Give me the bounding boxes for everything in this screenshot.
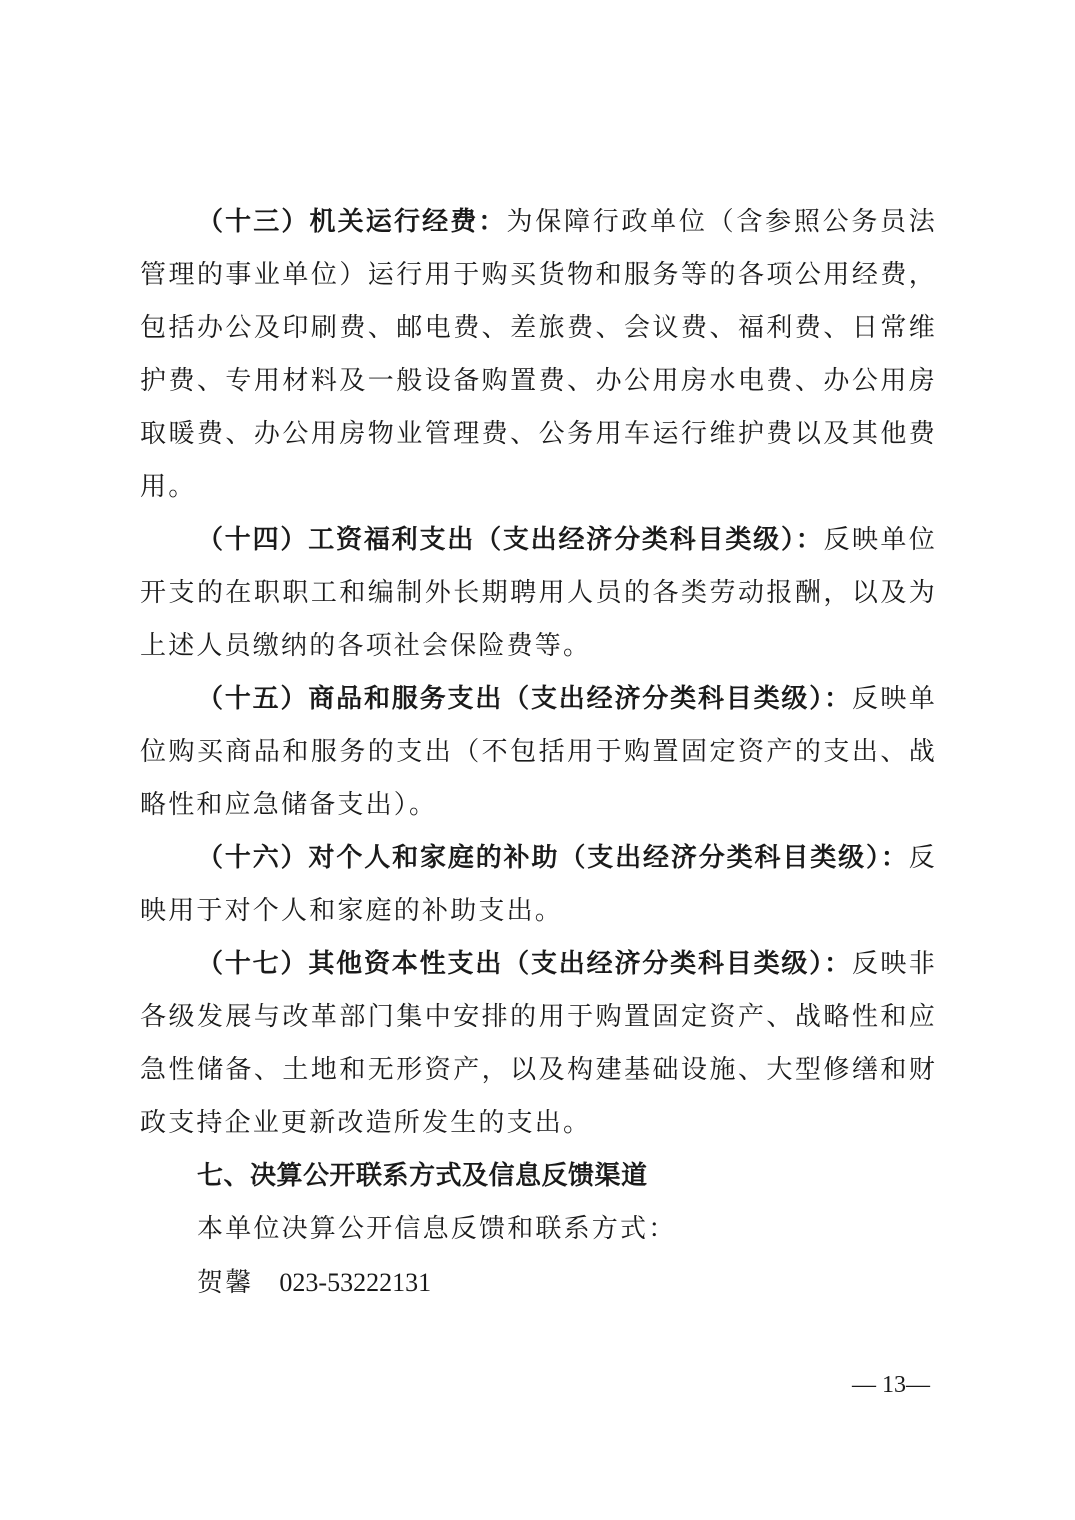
page-number: — 13— bbox=[852, 1372, 930, 1399]
contact-name: 贺馨 bbox=[197, 1268, 253, 1298]
term-label: （十三）机关运行经费： bbox=[197, 207, 507, 237]
paragraph-17: （十七）其他资本性支出（支出经济分类科目类级）：反映非各级发展与改革部门集中安排… bbox=[140, 938, 937, 1150]
paragraph-14: （十四）工资福利支出（支出经济分类科目类级）：反映单位开支的在职职工和编制外长期… bbox=[140, 514, 937, 673]
contact-line: 贺馨023-53222131 bbox=[140, 1256, 937, 1310]
paragraph-15: （十五）商品和服务支出（支出经济分类科目类级）：反映单位购买商品和服务的支出（不… bbox=[140, 673, 937, 832]
term-definition: 为保障行政单位（含参照公务员法管理的事业单位）运行用于购买货物和服务等的各项公用… bbox=[140, 207, 937, 502]
term-label: （十七）其他资本性支出（支出经济分类科目类级）： bbox=[197, 949, 852, 979]
paragraph-16: （十六）对个人和家庭的补助（支出经济分类科目类级）：反映用于对个人和家庭的补助支… bbox=[140, 832, 937, 938]
term-label: （十六）对个人和家庭的补助（支出经济分类科目类级）： bbox=[197, 843, 909, 873]
contact-intro: 本单位决算公开信息反馈和联系方式： bbox=[140, 1203, 937, 1256]
term-label: （十五）商品和服务支出（支出经济分类科目类级）： bbox=[197, 684, 852, 714]
document-page: （十三）机关运行经费：为保障行政单位（含参照公务员法管理的事业单位）运行用于购买… bbox=[140, 196, 937, 1310]
paragraph-13: （十三）机关运行经费：为保障行政单位（含参照公务员法管理的事业单位）运行用于购买… bbox=[140, 196, 937, 514]
section-heading: 七、决算公开联系方式及信息反馈渠道 bbox=[140, 1150, 937, 1203]
term-label: （十四）工资福利支出（支出经济分类科目类级）： bbox=[197, 525, 824, 555]
contact-phone: 023-53222131 bbox=[279, 1268, 431, 1297]
